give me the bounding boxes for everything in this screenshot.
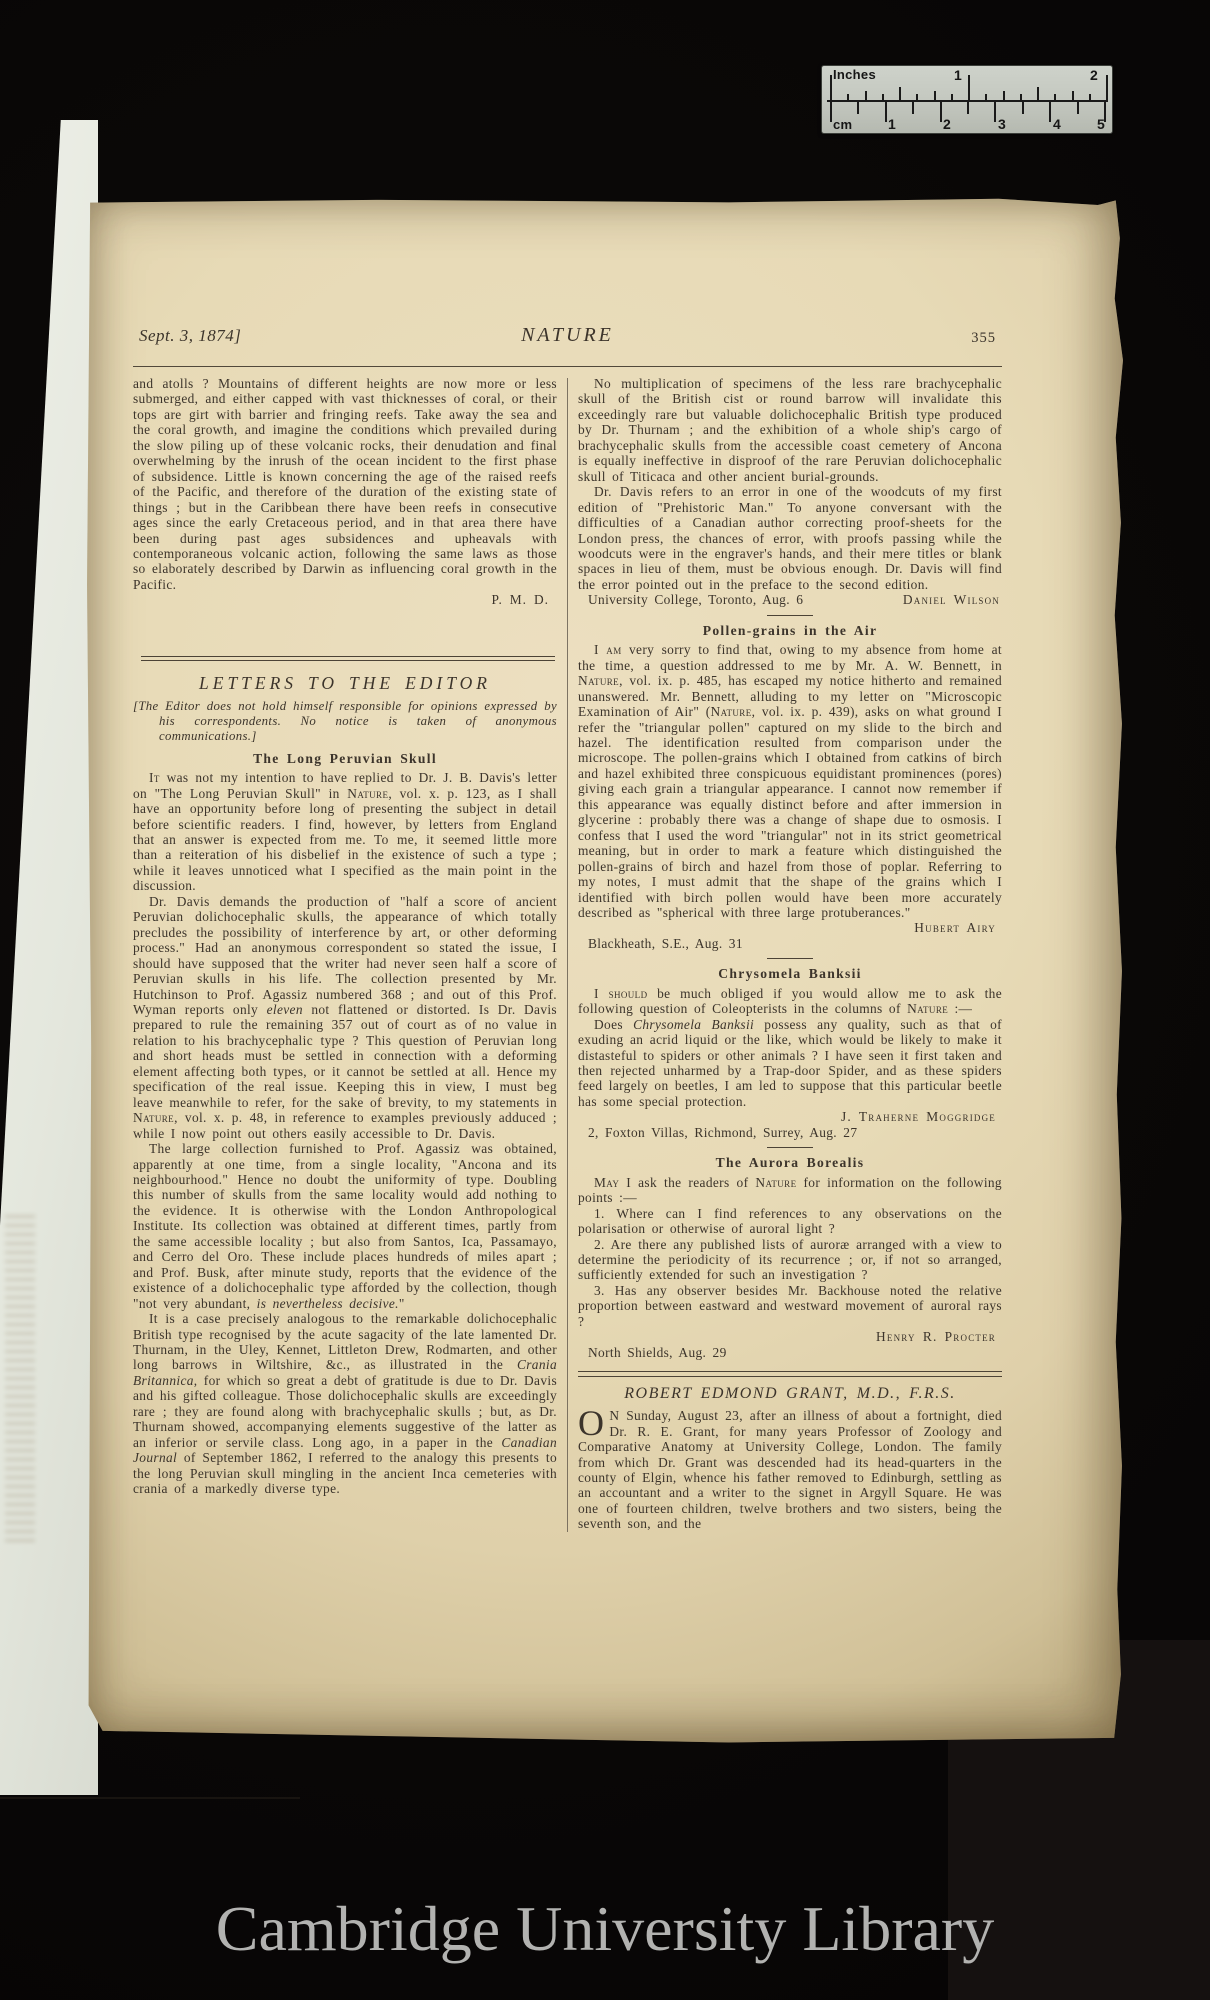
text-columns: and atolls ? Mountains of different heig… [133,376,1002,1532]
section-divider-rule [141,656,555,662]
library-watermark: Cambridge University Library [0,1892,1210,1966]
left-column: and atolls ? Mountains of different heig… [133,376,557,1532]
paragraph: 2. Are there any published lists of auro… [578,1237,1002,1283]
letter-divider-rule [767,1147,813,1148]
correspondent-address: Blackheath, S.E., Aug. 31 [578,936,1002,951]
ruler-cm-number: 1 [888,116,896,132]
ruler: Inches cm 1 2 1 2 3 4 5 [822,66,1112,133]
article-title: ROBERT EDMOND GRANT, M.D., F.R.S. [578,1386,1002,1401]
correspondent-address: University College, Toronto, Aug. 6 [578,592,803,607]
signature: Henry R. Procter [578,1329,1002,1344]
paragraph: 3. Has any observer besides Mr. Backhous… [578,1283,1002,1329]
ruler-cm-label: cm [833,117,852,132]
letter-divider-rule [767,958,813,959]
drop-cap: O [578,1408,609,1438]
signature: J. Traherne Moggridge [578,1109,1002,1124]
right-column: No multiplication of specimens of the le… [578,376,1002,1532]
under-page-edge [0,120,98,1795]
paragraph: No multiplication of specimens of the le… [578,376,1002,484]
show-through-text [5,1215,35,1545]
letter-title: Pollen-grains in the Air [578,623,1002,638]
ruler-cm-ticks [822,102,1112,133]
article-divider-rule [578,1371,1002,1377]
ruler-cm-number: 4 [1053,116,1061,132]
signature: Hubert Airy [578,920,1002,935]
letter-title: Chrysomela Banksii [578,966,1002,981]
paragraph: and atolls ? Mountains of different heig… [133,376,557,592]
signature: P. M. D. [133,592,557,607]
header-rule [133,366,1002,367]
signature-row: University College, Toronto, Aug. 6 Dani… [578,592,1002,607]
ruler-cm-number: 2 [943,116,951,132]
journal-title: NATURE [133,324,1002,347]
ruler-inch-number: 2 [1090,67,1098,83]
correspondent-address: 2, Foxton Villas, Richmond, Surrey, Aug.… [578,1125,1002,1140]
velvet-seam-horizontal [0,1797,300,1799]
paragraph: May I ask the readers of Nature for info… [578,1175,1002,1206]
page-header: Sept. 3, 1874] NATURE 355 [133,314,1002,366]
paragraph: It was not my intention to have replied … [133,770,557,894]
letter-title: The Aurora Borealis [578,1155,1002,1170]
paragraph: I am very sorry to find that, owing to m… [578,642,1002,920]
ruler-cm-number: 3 [998,116,1006,132]
paragraph: The large collection furnished to Prof. … [133,1141,557,1311]
paragraph: 1. Where can I find references to any ob… [578,1206,1002,1237]
paragraph: ON Sunday, August 23, after an illness o… [578,1408,1002,1532]
paragraph: Dr. Davis demands the production of "hal… [133,894,557,1141]
section-title: LETTERS TO THE EDITOR [133,676,557,691]
article-text: N Sunday, August 23, after an illness of… [578,1408,1002,1531]
letter-title: The Long Peruvian Skull [133,751,557,766]
signature: Daniel Wilson [903,592,1002,607]
paragraph: Does Chrysomela Banksii possess any qual… [578,1017,1002,1110]
page-number: 355 [971,330,996,347]
column-divider [567,378,568,1532]
editor-note: [The Editor does not hold himself respon… [133,699,557,744]
letter-divider-rule [767,615,813,616]
paragraph: Dr. Davis refers to an error in one of t… [578,484,1002,592]
ruler-inches-label: Inches [833,67,876,82]
paragraph: I should be much obliged if you would al… [578,986,1002,1017]
library-scan: { "annotation": { "number": "103" }, "ru… [0,0,1210,2000]
ruler-cm-number: 5 [1097,116,1105,132]
paragraph: It is a case precisely analogous to the … [133,1311,557,1496]
correspondent-address: North Shields, Aug. 29 [578,1345,1002,1360]
journal-page: Sept. 3, 1874] NATURE 355 and atolls ? M… [86,198,1123,1744]
ruler-inch-number: 1 [954,67,962,83]
